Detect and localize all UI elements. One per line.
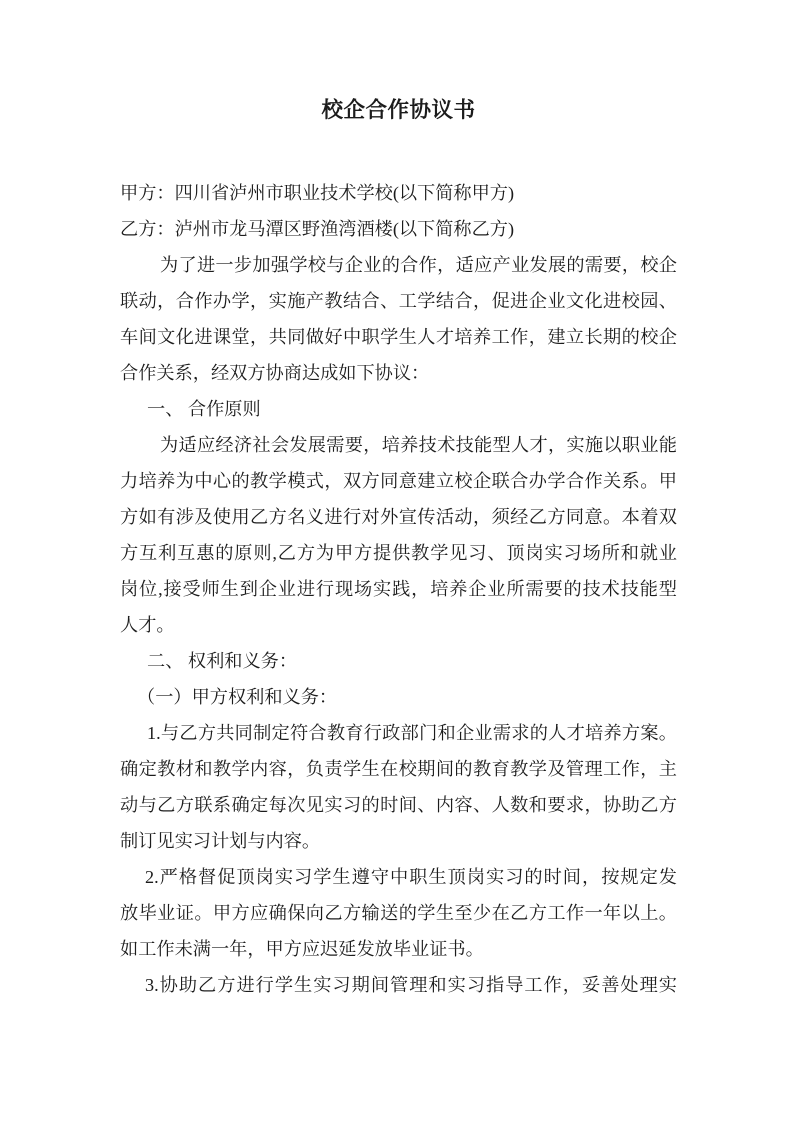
heading-section-2: 二、 权利和义务：: [120, 643, 677, 679]
doc-line: 人才。: [120, 607, 677, 643]
document-page: 校企合作协议书 甲方：四川省泸州市职业技术学校(以下简称甲方)乙方：泸州市龙马潭…: [0, 0, 793, 1122]
doc-line: 动与乙方联系确定每次见实习的时间、内容、人数和要求，协助乙方: [120, 787, 677, 823]
doc-line: 方如有涉及使用乙方名义进行对外宣传活动，须经乙方同意。本着双: [120, 499, 677, 535]
doc-line: 一、 合作原则: [120, 391, 677, 427]
doc-line: 车间文化进课堂，共同做好中职学生人才培养工作，建立长期的校企: [120, 319, 677, 355]
doc-line: 力培养为中心的教学模式，双方同意建立校企联合办学合作关系。甲: [120, 463, 677, 499]
heading-section-2-1: （一）甲方权利和义务：: [120, 679, 677, 715]
doc-line: 为适应经济社会发展需要，培养技术技能型人才，实施以职业能: [120, 427, 677, 463]
doc-line: 岗位,接受师生到企业进行现场实践，培养企业所需要的技术技能型: [120, 571, 677, 607]
document-body: 甲方：四川省泸州市职业技术学校(以下简称甲方)乙方：泸州市龙马潭区野渔湾酒楼(以…: [120, 175, 677, 1003]
party-b-line: 乙方：泸州市龙马潭区野渔湾酒楼(以下简称乙方): [120, 211, 677, 247]
doc-line: 2.严格督促顶岗实习学生遵守中职生顶岗实习的时间，按规定发: [120, 859, 677, 895]
document-title: 校企合作协议书: [120, 94, 677, 126]
doc-line: 乙方：泸州市龙马潭区野渔湾酒楼(以下简称乙方): [120, 211, 677, 247]
doc-line: 放毕业证。甲方应确保向乙方输送的学生至少在乙方工作一年以上。: [120, 895, 677, 931]
doc-line: 合作关系，经双方协商达成如下协议：: [120, 355, 677, 391]
doc-line: 3.协助乙方进行学生实习期间管理和实习指导工作，妥善处理实: [120, 967, 677, 1003]
doc-line: 甲方：四川省泸州市职业技术学校(以下简称甲方): [120, 175, 677, 211]
doc-line: 为了进一步加强学校与企业的合作，适应产业发展的需要，校企: [120, 247, 677, 283]
clause-3-paragraph: 3.协助乙方进行学生实习期间管理和实习指导工作，妥善处理实: [120, 967, 677, 1003]
doc-line: 联动，合作办学，实施产教结合、工学结合，促进企业文化进校园、: [120, 283, 677, 319]
heading-section-1: 一、 合作原则: [120, 391, 677, 427]
party-a-line: 甲方：四川省泸州市职业技术学校(以下简称甲方): [120, 175, 677, 211]
section-1-paragraph: 为适应经济社会发展需要，培养技术技能型人才，实施以职业能力培养为中心的教学模式，…: [120, 427, 677, 643]
doc-line: 方互利互惠的原则,乙方为甲方提供教学见习、顶岗实习场所和就业: [120, 535, 677, 571]
clause-1-paragraph: 1.与乙方共同制定符合教育行政部门和企业需求的人才培养方案。确定教材和教学内容，…: [120, 715, 677, 859]
doc-line: 1.与乙方共同制定符合教育行政部门和企业需求的人才培养方案。: [120, 715, 677, 751]
doc-line: 确定教材和教学内容，负责学生在校期间的教育教学及管理工作，主: [120, 751, 677, 787]
doc-line: 二、 权利和义务：: [120, 643, 677, 679]
preamble-paragraph: 为了进一步加强学校与企业的合作，适应产业发展的需要，校企联动，合作办学，实施产教…: [120, 247, 677, 391]
doc-line: （一）甲方权利和义务：: [120, 679, 677, 715]
clause-2-paragraph: 2.严格督促顶岗实习学生遵守中职生顶岗实习的时间，按规定发放毕业证。甲方应确保向…: [120, 859, 677, 967]
doc-line: 制订见实习计划与内容。: [120, 823, 677, 859]
doc-line: 如工作未满一年，甲方应迟延发放毕业证书。: [120, 931, 677, 967]
